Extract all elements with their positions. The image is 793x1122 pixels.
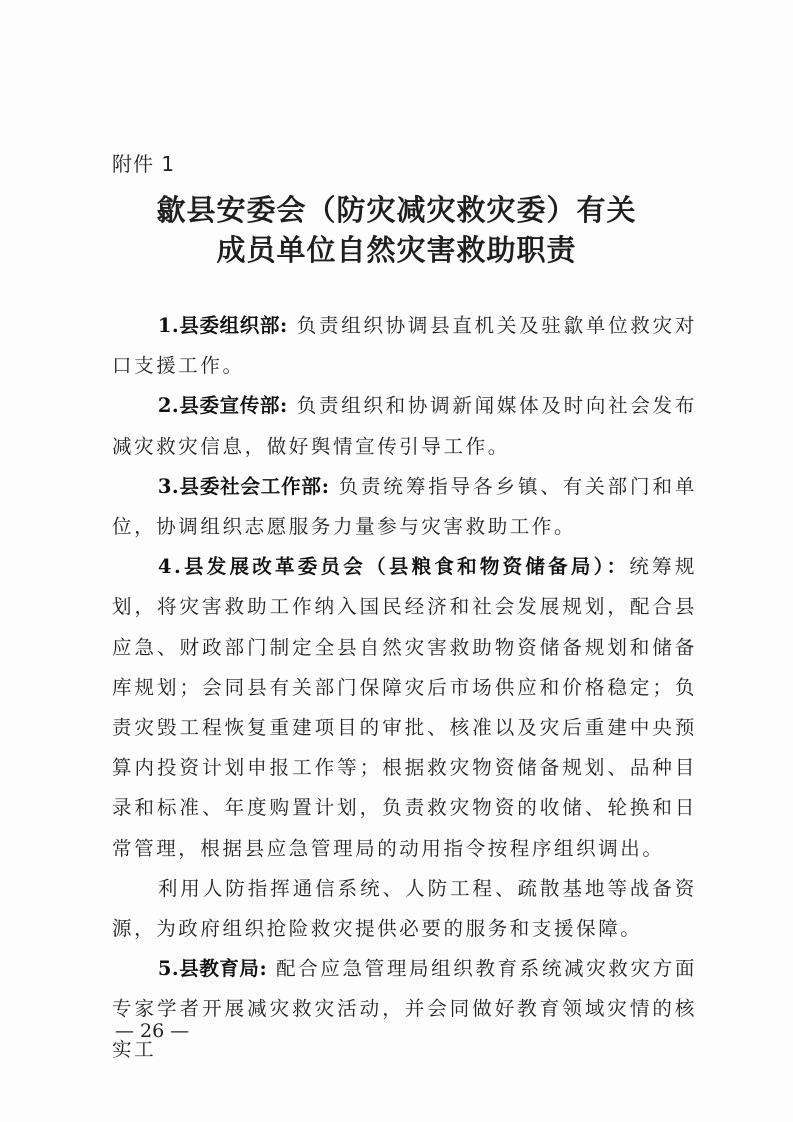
paragraph-county-education-bureau: 5.县教育局: 配合应急管理局组织教育系统减灾救灾方面专家学者开展减灾救灾活动，… [112,949,697,1070]
paragraph-county-social-work-dept: 3.县委社会工作部: 负责统筹指导各乡镇、有关部门和单位，协调组织志愿服务力量参… [112,467,697,547]
paragraph-heading: 4.县发展改革委员会（县粮食和物资储备局）： [158,555,630,578]
attachment-label: 附件 1 [112,148,175,177]
paragraph-heading: 1.县委组织部: [158,314,288,337]
title-line-2: 成员单位自然灾害救助职责 [0,230,793,270]
paragraph-text: 利用人防指挥通信系统、人防工程、疏散基地等战备资源，为政府组织抢险救灾提供必要的… [112,877,697,940]
paragraph-heading: 3.县委社会工作部: [158,475,330,498]
paragraph-county-organization-dept: 1.县委组织部: 负责组织协调县直机关及驻歙单位救灾对口支援工作。 [112,306,697,386]
document-page: 附件 1 歙县安委会（防灾减灾救灾委）有关 成员单位自然灾害救助职责 1.县委组… [0,0,793,1122]
paragraph-text: 统筹规划，将灾害救助工作纳入国民经济和社会发展规划，配合县应急、财政部门制定全县… [112,555,697,859]
paragraph-county-development-reform: 4.县发展改革委员会（县粮食和物资储备局）：统筹规划，将灾害救助工作纳入国民经济… [112,547,697,869]
paragraph-heading: 2.县委宣传部: [158,394,288,417]
paragraph-county-publicity-dept: 2.县委宣传部: 负责组织和协调新闻媒体及时向社会发布减灾救灾信息，做好舆情宣传… [112,386,697,466]
document-title: 歙县安委会（防灾减灾救灾委）有关 成员单位自然灾害救助职责 [0,190,793,270]
title-line-1: 歙县安委会（防灾减灾救灾委）有关 [0,190,793,230]
paragraph-civil-air-defense: 利用人防指挥通信系统、人防工程、疏散基地等战备资源，为政府组织抢险救灾提供必要的… [112,869,697,949]
document-body: 1.县委组织部: 负责组织协调县直机关及驻歙单位救灾对口支援工作。 2.县委宣传… [112,306,697,1070]
page-number: — 26 — [115,1020,189,1042]
paragraph-heading: 5.县教育局: [158,957,267,980]
